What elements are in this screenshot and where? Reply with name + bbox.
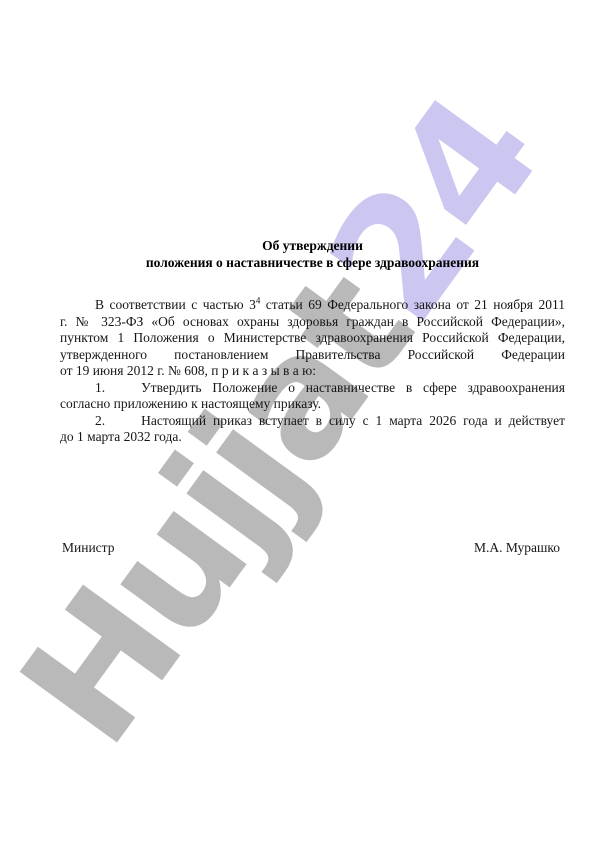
title-line-1: Об утверждении <box>60 237 565 254</box>
order-item-2-number: 2. <box>95 413 105 428</box>
document-page: Hujjat24 Об утверждении положения о наст… <box>0 0 596 842</box>
order-item-2-line-2: до 1 марта 2032 года. <box>60 429 565 446</box>
order-item-2-line-1: 2.Настоящий приказ вступает в силу с 1 м… <box>60 413 565 430</box>
document-content: Об утверждении положения о наставничеств… <box>60 237 565 446</box>
signature-row: Министр М.А. Мурашко <box>62 540 560 557</box>
document-title: Об утверждении положения о наставничеств… <box>60 237 565 271</box>
order-item-1-text: Утвердить Положение о наставничестве в с… <box>141 380 565 395</box>
paragraph-1-line-4: утвержденного постановлением Правительст… <box>60 347 565 364</box>
signature-name: М.А. Мурашко <box>474 540 560 557</box>
document-body: В соответствии с частью 34 статьи 69 Фед… <box>60 297 565 446</box>
paragraph-1-line-1: В соответствии с частью 34 статьи 69 Фед… <box>60 297 565 314</box>
order-item-1-line-2: согласно приложению к настоящему приказу… <box>60 396 565 413</box>
paragraph-1-line-2: г. № 323-ФЗ «Об основах охраны здоровья … <box>60 314 565 331</box>
paragraph-1-line-1-text-a: В соответствии с частью 3 <box>95 297 256 312</box>
order-item-2-text: Настоящий приказ вступает в силу с 1 мар… <box>141 413 565 428</box>
paragraph-1-line-5: от 19 июня 2012 г. № 608, п р и к а з ы … <box>60 363 565 380</box>
title-line-2: положения о наставничестве в сфере здрав… <box>60 254 565 271</box>
order-item-1-number: 1. <box>95 380 105 395</box>
order-item-1-line-1: 1.Утвердить Положение о наставничестве в… <box>60 380 565 397</box>
paragraph-1-line-1-text-b: статьи 69 Федерального закона от 21 нояб… <box>260 297 565 312</box>
signature-position: Министр <box>62 540 114 557</box>
paragraph-1-line-3: пунктом 1 Положения о Министерстве здрав… <box>60 330 565 347</box>
